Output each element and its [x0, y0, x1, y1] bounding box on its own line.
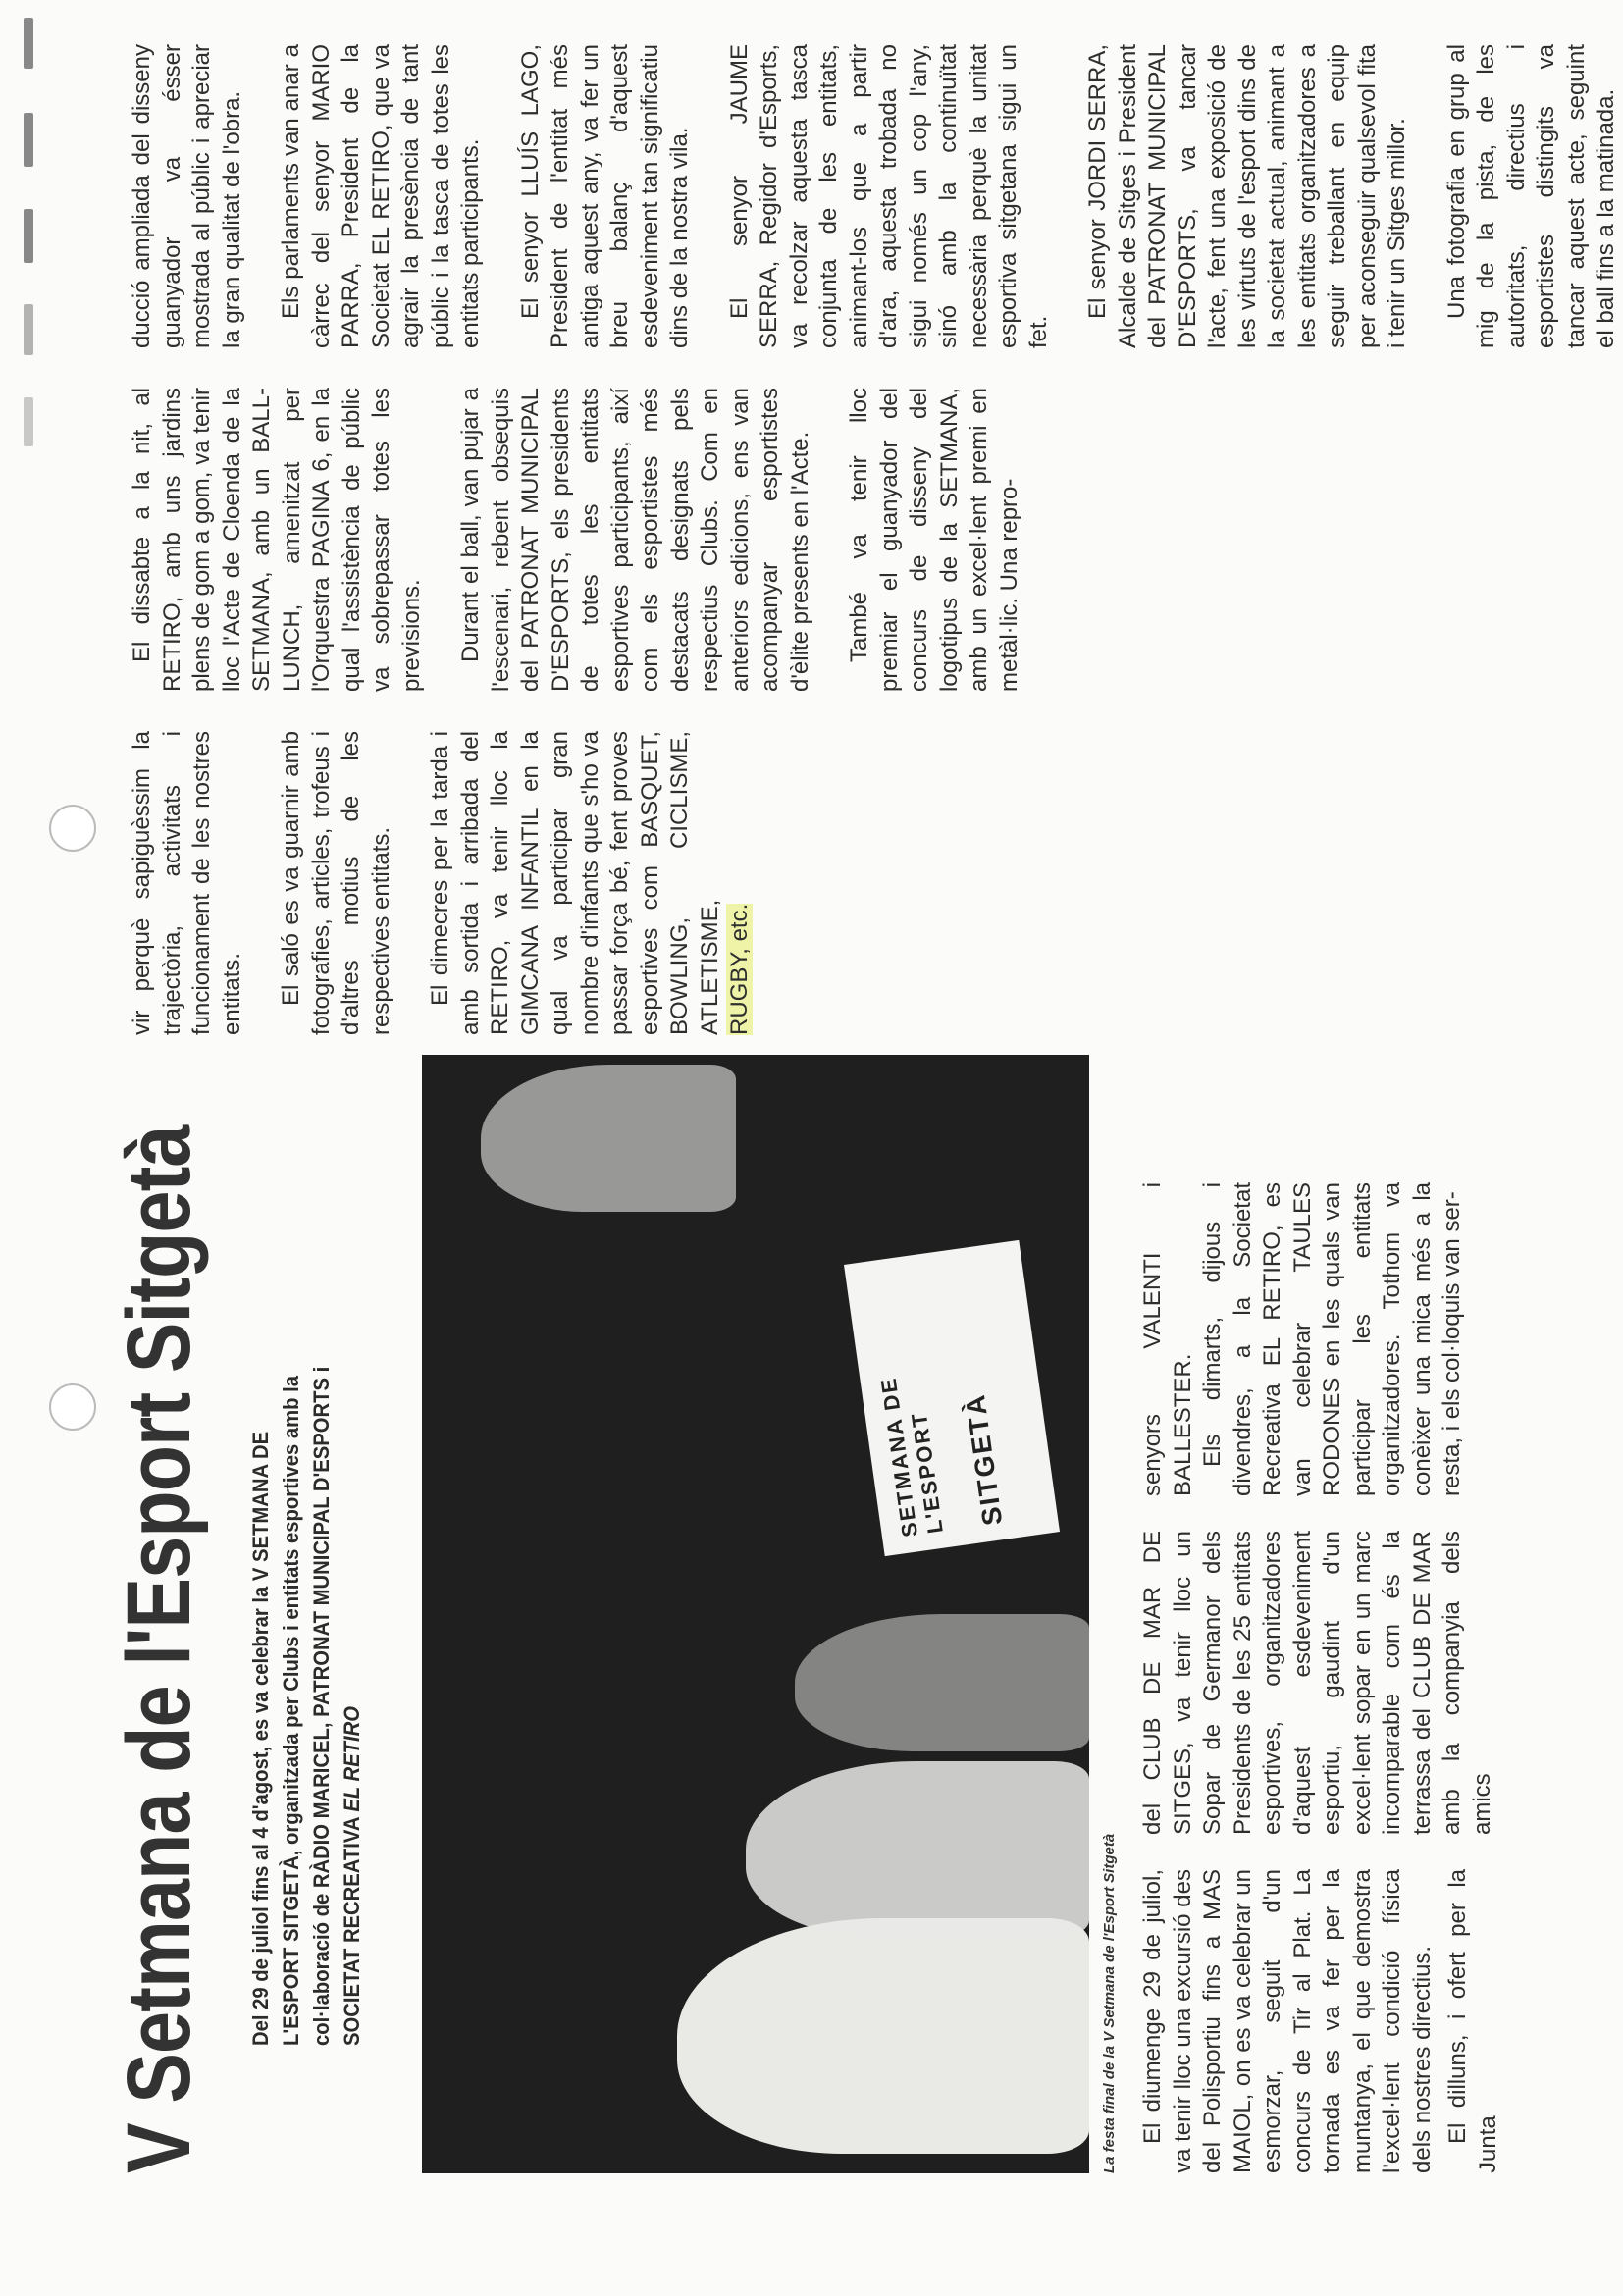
- punch-hole: [49, 1383, 96, 1431]
- photo-caption: La festa final de la V Setmana de l'Espo…: [1101, 1834, 1118, 2173]
- text-column-4: vir perquè sapiguèssim la trajectòria, a…: [128, 731, 785, 1035]
- newspaper-article: V Setmana de l'Esport Sitgetà Del 29 de …: [108, 34, 1482, 2173]
- highlighted-text: RUGBY, etc.: [726, 904, 753, 1035]
- binding-mark: [24, 304, 33, 355]
- binding-mark: [24, 209, 33, 263]
- binding-mark: [24, 18, 33, 69]
- text-column-5: El dissabte a la nit, al RETIRO, amb uns…: [128, 388, 1054, 692]
- punch-hole: [49, 805, 96, 852]
- article-photo: SETMANA DE L'ESPORT SITGETÀ: [422, 1055, 1089, 2173]
- event-logo-sign: SETMANA DE L'ESPORT SITGETÀ: [844, 1240, 1060, 1556]
- text-column-6: ducció ampliada del disseny guanyador va…: [128, 44, 1623, 348]
- text-column-1: El diumenge 29 de juliol, va tenir lloc …: [1138, 1869, 1533, 2173]
- article-lede: Del 29 de juliol fins al 4 d'agost, es v…: [245, 1360, 367, 2046]
- text-column-2: del CLUB DE MAR DE SITGES, va tenir lloc…: [1138, 1531, 1527, 1835]
- binding-mark: [24, 113, 33, 167]
- binding-mark: [24, 397, 33, 446]
- text-column-3: senyors VALENTI i BALLESTER. Els dimarts…: [1138, 1182, 1497, 1496]
- article-headline: V Setmana de l'Esport Sitgetà: [108, 1125, 211, 2173]
